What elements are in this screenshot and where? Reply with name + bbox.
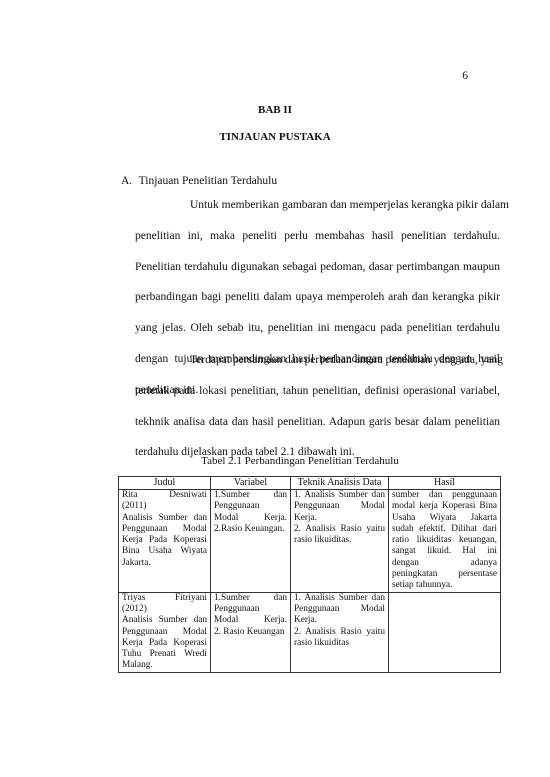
cell-line: sangat likuid. Hal ini bbox=[392, 546, 497, 557]
chapter-number: BAB II bbox=[0, 104, 550, 116]
cell-line: 1.Sumber dan bbox=[214, 490, 287, 501]
section-heading: A. Tinjauan Penelitian Terdahulu bbox=[121, 175, 277, 187]
chapter-title: TINJAUAN PUSTAKA bbox=[0, 131, 550, 143]
header-judul: Judul bbox=[119, 477, 211, 490]
cell-line: rasio likuiditas bbox=[294, 638, 385, 649]
cell-line: rasio likuiditas. bbox=[294, 535, 385, 546]
cell-teknik: 1. Analisis Sumber danPenggunaan ModalKe… bbox=[291, 592, 389, 672]
cell-line: Kerja Pada Koperasi bbox=[122, 535, 207, 546]
comparison-table: Judul Variabel Teknik Analisis Data Hasi… bbox=[118, 476, 501, 673]
cell-line: Triyas Fitriyani bbox=[122, 593, 207, 604]
cell-line: Kerja Pada Koperasi bbox=[122, 638, 207, 649]
cell-line: ratio likuiditas keuangan, bbox=[392, 535, 497, 546]
cell-line: (2012) bbox=[122, 604, 207, 615]
cell-line: peningkatan persentase bbox=[392, 569, 497, 580]
paragraph-line: Untuk memberikan gambaran dan memperjela… bbox=[135, 198, 500, 229]
cell-line: dengan adanya bbox=[392, 558, 497, 569]
cell-line: Analisis Sumber dan bbox=[122, 513, 207, 524]
cell-line: Kerja. bbox=[294, 615, 385, 626]
page-number: 6 bbox=[450, 70, 468, 82]
cell-line: Usaha Wiyata Jakarta bbox=[392, 513, 497, 524]
cell-line: Penggunaan Modal bbox=[122, 627, 207, 638]
cell-line: 1.Sumber dan bbox=[214, 593, 287, 604]
cell-line: sudah efektif. Dilihat dari bbox=[392, 524, 497, 535]
cell-line: 1. Analisis Sumber dan bbox=[294, 593, 385, 604]
cell-line: 2. Rasio Keuangan bbox=[214, 627, 287, 638]
cell-line: Jakarta. bbox=[122, 558, 207, 569]
cell-line: setiap tahunnya. bbox=[392, 580, 497, 591]
cell-line: Modal Kerja. bbox=[214, 513, 287, 524]
cell-line: Bina Usaha Wiyata bbox=[122, 546, 207, 557]
section-number: A. bbox=[121, 175, 136, 187]
cell-line: Penggunaan Modal bbox=[294, 501, 385, 512]
cell-line: Penggunaan bbox=[214, 604, 287, 615]
cell-line: 2. Analisis Rasio yaitu bbox=[294, 524, 385, 535]
cell-line: Kerja. bbox=[294, 513, 385, 524]
cell-line: Penggunaan Modal bbox=[122, 524, 207, 535]
paragraph-line: yang jelas. Oleh sebab itu, penelitian i… bbox=[135, 321, 500, 352]
table-row: Triyas Fitriyani(2012)Analisis Sumber da… bbox=[119, 592, 501, 672]
header-variabel: Variabel bbox=[211, 477, 291, 490]
table-header-row: Judul Variabel Teknik Analisis Data Hasi… bbox=[119, 477, 501, 490]
header-teknik: Teknik Analisis Data bbox=[291, 477, 389, 490]
cell-hasil bbox=[389, 592, 501, 672]
cell-line: sumber dan penggunaan bbox=[392, 490, 497, 501]
paragraph-line: perbandingan bagi peneliti dalam upaya m… bbox=[135, 290, 500, 321]
cell-line: Tuhu Prenati Wredi bbox=[122, 649, 207, 660]
cell-line: Modal Kerja. bbox=[214, 615, 287, 626]
paragraph-line: Terdapat persamaan dan perbedaan antara … bbox=[135, 353, 500, 384]
cell-line: Malang. bbox=[122, 660, 207, 671]
cell-line: Penggunaan bbox=[214, 501, 287, 512]
paragraph-line: Penelitian terdahulu digunakan sebagai p… bbox=[135, 260, 500, 291]
cell-line: modal kerja Koperasi Bina bbox=[392, 501, 497, 512]
table-row: Rita Desniwati(2011)Analisis Sumber danP… bbox=[119, 490, 501, 593]
cell-variabel: 1.Sumber danPenggunaanModal Kerja.2. Ras… bbox=[211, 592, 291, 672]
cell-line: (2011) bbox=[122, 501, 207, 512]
cell-line: Analisis Sumber dan bbox=[122, 615, 207, 626]
paragraph-line: tekhnik analisa data dan hasil penelitia… bbox=[135, 415, 500, 446]
cell-line: 1. Analisis Sumber dan bbox=[294, 490, 385, 501]
table-caption: Tabel 2.1 Perbandingan Penelitian Terdah… bbox=[0, 455, 550, 467]
cell-line: Rita Desniwati bbox=[122, 490, 207, 501]
cell-teknik: 1. Analisis Sumber danPenggunaan ModalKe… bbox=[291, 490, 389, 593]
cell-line: 2. Analisis Rasio yaitu bbox=[294, 627, 385, 638]
cell-variabel: 1.Sumber danPenggunaanModal Kerja.2.Rasi… bbox=[211, 490, 291, 593]
cell-hasil: sumber dan penggunaanmodal kerja Koperas… bbox=[389, 490, 501, 593]
paragraph-line: penelitian ini, maka peneliti perlu memb… bbox=[135, 229, 500, 260]
cell-line: 2.Rasio Keuangan. bbox=[214, 524, 287, 535]
cell-judul: Rita Desniwati(2011)Analisis Sumber danP… bbox=[119, 490, 211, 593]
cell-judul: Triyas Fitriyani(2012)Analisis Sumber da… bbox=[119, 592, 211, 672]
header-hasil: Hasil bbox=[389, 477, 501, 490]
section-title: Tinjauan Penelitian Terdahulu bbox=[139, 175, 277, 187]
cell-line: Penggunaan Modal bbox=[294, 604, 385, 615]
paragraph-line: terletak pada lokasi penelitian, tahun p… bbox=[135, 384, 500, 415]
